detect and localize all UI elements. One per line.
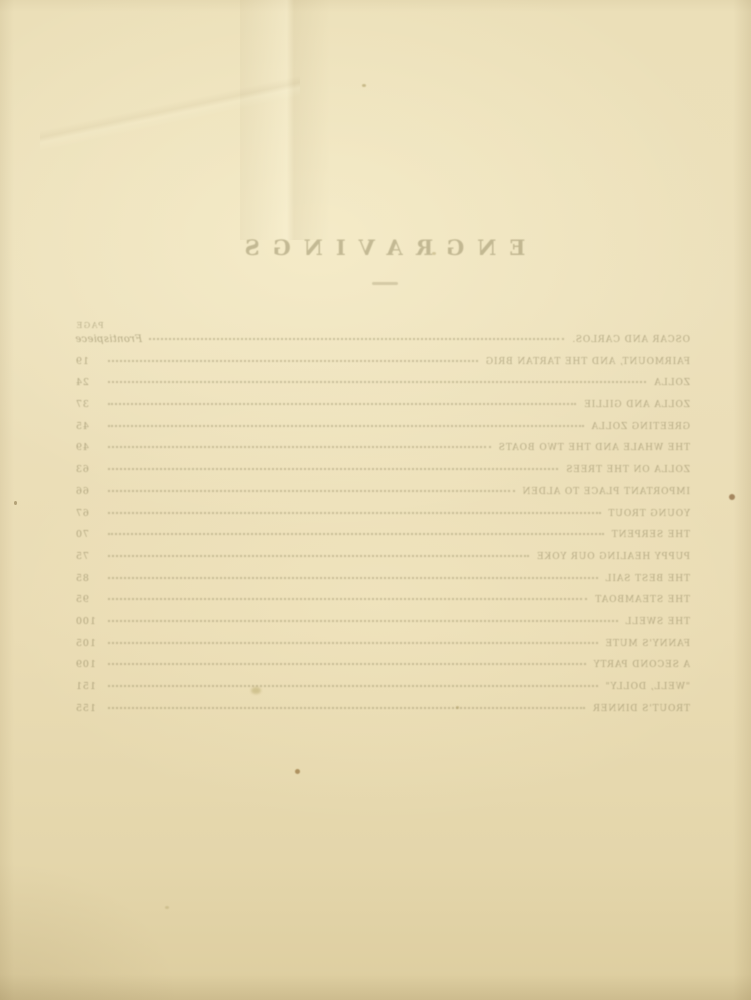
entry-page-number: 109: [75, 659, 101, 670]
entry-page-number: 105: [75, 638, 101, 649]
dotted-leader: [108, 620, 618, 622]
engraving-entry: IMPORTANT PLACE TO ALDEN 66: [75, 486, 690, 508]
engraving-entry: THE BEST SAIL 85: [75, 573, 690, 595]
entry-page-number: 67: [75, 508, 101, 519]
entry-title: THE STEAMBOAT: [594, 595, 690, 605]
paper-speck: [432, 252, 436, 255]
dotted-leader: [108, 642, 598, 644]
entry-title: THE WHALE AND THE TWO BOATS: [498, 443, 690, 453]
entry-page-number: 45: [75, 421, 101, 432]
paper-speck: [456, 706, 459, 709]
engraving-entry: GREETING ZOLLA 45: [75, 421, 690, 443]
engravings-list: PAGE OSCAR AND CARLOS. Frontispiece FAIR…: [75, 321, 690, 724]
entry-title: IMPORTANT PLACE TO ALDEN: [522, 487, 690, 497]
engraving-entry: "WELL, DOLLY" 151: [75, 681, 690, 703]
bleed-through-layer: ENGRAVINGS PAGE OSCAR AND CARLOS. Fronti…: [0, 0, 751, 1000]
engraving-entry: A SECOND PARTY 109: [75, 659, 690, 681]
engraving-entry: THE SWELL 100: [75, 616, 690, 638]
paper-speck: [165, 906, 169, 909]
entry-page-number: 75: [75, 551, 101, 562]
dotted-leader: [108, 512, 601, 514]
dotted-leader: [108, 685, 598, 687]
entry-page-number: 37: [75, 399, 101, 410]
engraving-entry: FANNY'S MUTE 105: [75, 638, 690, 660]
entry-title: ZOLLA ON THE TREES: [565, 465, 690, 475]
entry-page-number: 85: [75, 573, 101, 584]
engraving-entry: ZOLLA AND GILLIE 37: [75, 399, 690, 421]
paper-speck: [14, 501, 17, 505]
dotted-leader: [108, 381, 646, 383]
entry-page-number: 49: [75, 442, 101, 453]
engraving-entry: PUPPY HEALING OUR YOKE 75: [75, 551, 690, 573]
entry-page-number: 95: [75, 594, 101, 605]
engraving-entry: TROUT'S DINNER 155: [75, 703, 690, 725]
engravings-title: ENGRAVINGS: [19, 235, 751, 260]
entry-title: FAIRMOUNT, AND THE TARTAN BRIG: [485, 357, 690, 367]
engraving-entry: OSCAR AND CARLOS. Frontispiece: [75, 334, 690, 356]
dotted-leader: [108, 663, 586, 665]
dotted-leader: [108, 555, 529, 557]
dotted-leader: [108, 598, 587, 600]
entry-title: GREETING ZOLLA: [591, 422, 690, 432]
entry-page-number: 151: [75, 681, 101, 692]
entry-title: PUPPY HEALING OUR YOKE: [536, 552, 690, 562]
entry-page-number: 63: [75, 464, 101, 475]
entry-page-number: 155: [75, 703, 101, 714]
entry-title: YOUNG TROUT: [608, 509, 690, 519]
entry-title: ZOLLA AND GILLIE: [583, 400, 690, 410]
entry-page-number: 70: [75, 529, 101, 540]
title-divider: [372, 282, 398, 285]
dotted-leader: [108, 533, 604, 535]
dotted-leader: [108, 425, 584, 427]
dotted-leader: [108, 468, 558, 470]
engraving-entry: THE STEAMBOAT 95: [75, 594, 690, 616]
entry-page-number: 100: [75, 616, 101, 627]
entry-title: THE BEST SAIL: [605, 574, 690, 584]
stain-spot: [295, 769, 300, 774]
entry-page-number: 24: [75, 377, 101, 388]
entry-title: FANNY'S MUTE: [605, 639, 690, 649]
entry-title: TROUT'S DINNER: [592, 704, 690, 714]
engraving-entry: FAIRMOUNT, AND THE TARTAN BRIG 19: [75, 356, 690, 378]
engraving-entry: THE WHALE AND THE TWO BOATS 49: [75, 442, 690, 464]
dotted-leader: [108, 403, 576, 405]
engraving-entry: THE SERPENT 70: [75, 529, 690, 551]
stain-spot: [729, 494, 735, 500]
engraving-entry: ZOLLA ON THE TREES 63: [75, 464, 690, 486]
entry-page-number: 19: [75, 356, 101, 367]
dotted-leader: [108, 577, 598, 579]
entry-title: A SECOND PARTY: [593, 660, 690, 670]
entry-page-number: Frontispiece: [75, 334, 142, 345]
entry-title: THE SERPENT: [611, 530, 690, 540]
entry-title: OSCAR AND CARLOS.: [571, 335, 690, 345]
paper-speck: [362, 84, 366, 87]
dotted-leader: [108, 490, 515, 492]
page-column-header: PAGE: [75, 321, 690, 334]
entry-page-number: 66: [75, 486, 101, 497]
engravings-rows: OSCAR AND CARLOS. Frontispiece FAIRMOUNT…: [75, 334, 690, 724]
dotted-leader: [108, 707, 585, 709]
entry-title: THE SWELL: [625, 617, 690, 627]
dotted-leader: [108, 360, 478, 362]
entry-title: ZOLLA: [653, 378, 690, 388]
dotted-leader: [149, 338, 564, 340]
stain-smudge: [251, 687, 261, 694]
engraving-entry: YOUNG TROUT 67: [75, 508, 690, 530]
engraving-entry: ZOLLA 24: [75, 377, 690, 399]
dotted-leader: [108, 446, 491, 448]
entry-title: "WELL, DOLLY": [605, 682, 690, 692]
